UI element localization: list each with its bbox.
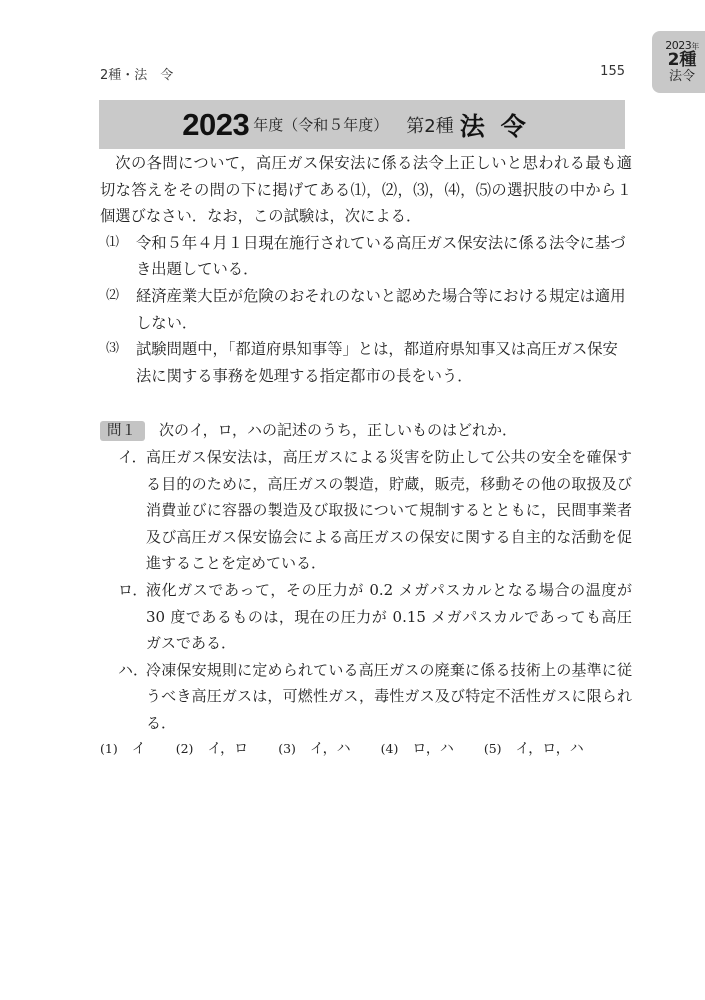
page-number: 155	[600, 64, 625, 83]
title-grade: 第2種	[406, 112, 453, 138]
note-text: 経済産業大臣が危険のおそれのないと認めた場合等における規定は適用しない．	[136, 283, 632, 336]
statement-text: 高圧ガス保安法は，高圧ガスによる災害を防止して公共の安全を確保する目的のために，…	[146, 444, 632, 577]
instructions-paragraph: 次の各問について，高圧ガス保安法に係る法令上正しいと思われる最も適切な答えをその…	[100, 150, 632, 230]
choice-number: (1)	[100, 736, 118, 763]
statement-ha: ハ． 冷凍保安規則に定められている高圧ガスの廃棄に係る技術上の基準に従うべき高圧…	[118, 657, 632, 737]
statement-mark: ハ．	[118, 657, 146, 737]
choice-text: イ，ハ	[310, 736, 351, 763]
note-text: 令和５年４月１日現在施行されている高圧ガス保安法に係る法令に基づき出題している．	[136, 230, 632, 283]
answer-choice: (4) ロ，ハ	[381, 736, 454, 763]
choice-text: ロ，ハ	[412, 736, 453, 763]
answer-choice: (1) イ	[100, 736, 146, 763]
instruction-note: ⑶ 試験問題中，「都道府県知事等」とは，都道府県知事又は高圧ガス保安法に関する事…	[106, 336, 632, 389]
statement-ro: ロ． 液化ガスであって，その圧力が 0.2 メガパスカルとなる場合の温度が 30…	[118, 577, 632, 657]
choice-text: イ，ロ	[207, 736, 248, 763]
note-number: ⑴	[106, 230, 136, 283]
statement-mark: ロ．	[118, 577, 146, 657]
answer-choice: (3) イ，ハ	[278, 736, 350, 763]
question-prompt: 次のイ，ロ，ハの記述のうち，正しいものはどれか．	[159, 417, 517, 444]
title-year: 2023	[182, 107, 249, 143]
statement-mark: イ．	[118, 444, 146, 577]
instruction-note: ⑵ 経済産業大臣が危険のおそれのないと認めた場合等における規定は適用しない．	[106, 283, 632, 336]
side-tab-grade: 2種	[668, 52, 697, 70]
exam-instructions: 次の各問について，高圧ガス保安法に係る法令上正しいと思われる最も適切な答えをその…	[100, 150, 632, 389]
chapter-index-tab: 2023年 2種 法令	[652, 31, 705, 93]
choice-number: (5)	[484, 736, 502, 763]
instruction-note: ⑴ 令和５年４月１日現在施行されている高圧ガス保安法に係る法令に基づき出題してい…	[106, 230, 632, 283]
answer-choice: (5) イ，ロ，ハ	[484, 736, 584, 763]
question-1: 問１ 次のイ，ロ，ハの記述のうち，正しいものはどれか． イ． 高圧ガス保安法は，…	[100, 417, 632, 763]
title-fiscal-year: 年度（令和５年度）	[253, 114, 388, 135]
question-header: 問１ 次のイ，ロ，ハの記述のうち，正しいものはどれか．	[100, 417, 632, 444]
statement-text: 液化ガスであって，その圧力が 0.2 メガパスカルとなる場合の温度が 30 度で…	[146, 577, 632, 657]
running-header: 2種・法 令 155	[100, 64, 625, 83]
answer-choice: (2) イ，ロ	[176, 736, 248, 763]
statement-text: 冷凍保安規則に定められている高圧ガスの廃棄に係る技術上の基準に従うべき高圧ガスは…	[146, 657, 632, 737]
answer-choices: (1) イ (2) イ，ロ (3) イ，ハ (4) ロ，ハ (5) イ，ロ，ハ	[100, 736, 632, 763]
choice-text: イ，ロ，ハ	[516, 736, 584, 763]
note-number: ⑶	[106, 336, 136, 389]
page-body: 次の各問について，高圧ガス保安法に係る法令上正しいと思われる最も適切な答えをその…	[100, 150, 632, 763]
choice-text: イ	[132, 736, 146, 763]
running-head-section: 2種・法 令	[100, 64, 173, 83]
choice-number: (3)	[278, 736, 296, 763]
choice-number: (4)	[381, 736, 399, 763]
note-number: ⑵	[106, 283, 136, 336]
side-tab-subject: 法令	[669, 70, 695, 84]
note-text: 試験問題中，「都道府県知事等」とは，都道府県知事又は高圧ガス保安法に関する事務を…	[136, 336, 632, 389]
title-subject: 法令	[460, 107, 542, 143]
question-number-badge: 問１	[100, 421, 145, 441]
page-title-bar: 2023 年度（令和５年度） 第2種 法令	[99, 100, 625, 149]
statement-i: イ． 高圧ガス保安法は，高圧ガスによる災害を防止して公共の安全を確保する目的のた…	[118, 444, 632, 577]
choice-number: (2)	[176, 736, 194, 763]
